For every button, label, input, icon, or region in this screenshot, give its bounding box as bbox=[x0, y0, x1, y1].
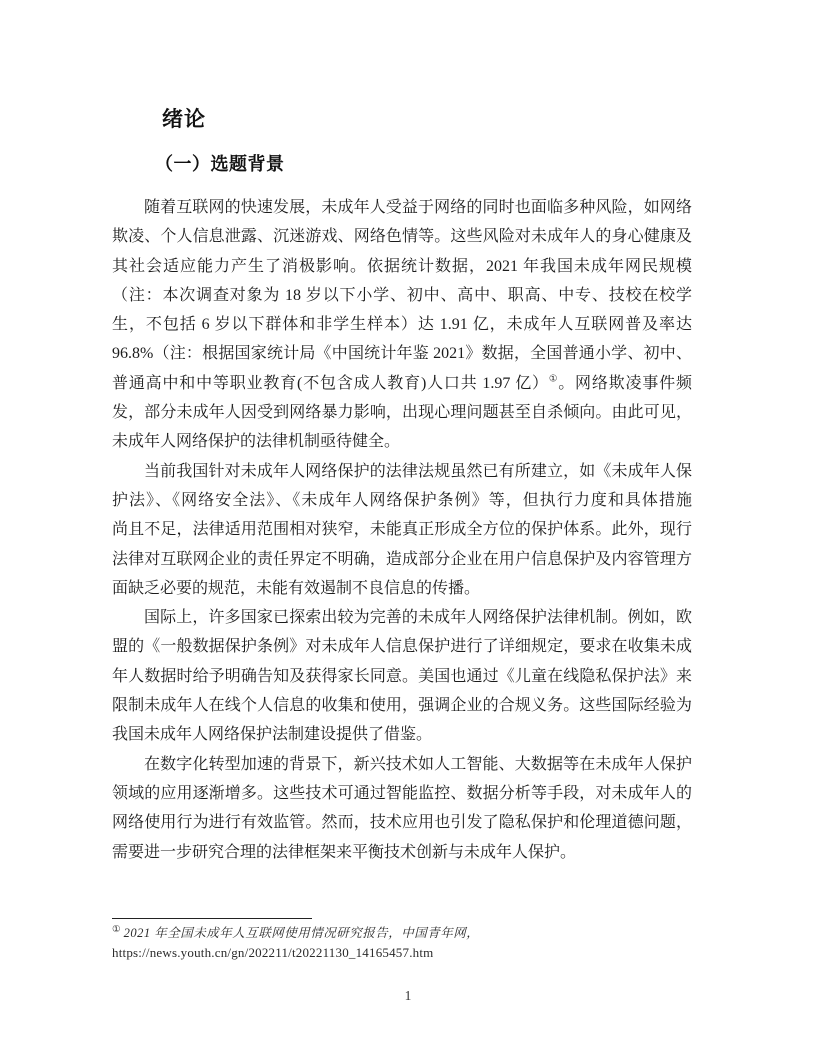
paragraph-1-line: 欺凌、个人信息泄露、沉迷游戏、网络色情等。这些风险对未成年人的身心健康及 bbox=[112, 222, 692, 251]
paragraph-1-line: 未成年人网络保护的法律机制亟待健全。 bbox=[112, 427, 692, 456]
footnote-url: https://news.youth.cn/gn/202211/t2022113… bbox=[112, 943, 692, 962]
paragraph-1-line: （注：本次调查对象为 18 岁以下小学、初中、高中、职高、中专、技校在校学 bbox=[112, 281, 692, 310]
body-text: 随着互联网的快速发展，未成年人受益于网络的同时也面临多种风险，如网络欺凌、个人信… bbox=[112, 193, 692, 867]
paragraph-3-line: 国际上，许多国家已探索出较为完善的未成年人网络保护法律机制。例如，欧 bbox=[112, 603, 692, 632]
paragraph-2-line: 面缺乏必要的规范，未能有效遏制不良信息的传播。 bbox=[112, 574, 692, 603]
footnote-separator bbox=[112, 918, 312, 919]
page-number: 1 bbox=[0, 988, 816, 1004]
paragraph-3-line: 限制未成年人在线个人信息的收集和使用，强调企业的合规义务。这些国际经验为 bbox=[112, 691, 692, 720]
paragraph-2-line: 当前我国针对未成年人网络保护的法律法规虽然已有所建立，如《未成年人保 bbox=[112, 457, 692, 486]
paragraph-1-line: 生，不包括 6 岁以下群体和非学生样本）达 1.91 亿，未成年人互联网普及率达 bbox=[112, 310, 692, 339]
paragraph-4-line: 领域的应用逐渐增多。这些技术可通过智能监控、数据分析等手段，对未成年人的 bbox=[112, 779, 692, 808]
paragraph-1-line: 发，部分未成年人因受到网络暴力影响，出现心理问题甚至自杀倾向。由此可见， bbox=[112, 398, 692, 427]
paragraph-3-line: 盟的《一般数据保护条例》对未成年人信息保护进行了详细规定，要求在收集未成 bbox=[112, 632, 692, 661]
footnote-line: ① 2021 年全国未成年人互联网使用情况研究报告，中国青年网， bbox=[112, 924, 692, 943]
paragraph-2-line: 法律对互联网企业的责任界定不明确，造成部分企业在用户信息保护及内容管理方 bbox=[112, 545, 692, 574]
paragraph-1-line: 96.8%（注：根据国家统计局《中国统计年鉴 2021》数据，全国普通小学、初中… bbox=[112, 339, 692, 368]
paragraph-3-line: 年人数据时给予明确告知及获得家长同意。美国也通过《儿童在线隐私保护法》来 bbox=[112, 662, 692, 691]
paragraph-2-line: 尚且不足，法律适用范围相对狭窄，未能真正形成全方位的保护体系。此外，现行 bbox=[112, 515, 692, 544]
paragraph-2-line: 护法》、《网络安全法》、《未成年人网络保护条例》等，但执行力度和具体措施 bbox=[112, 486, 692, 515]
footnote-marker: ① bbox=[112, 925, 121, 935]
paragraph-4-line: 需要进一步研究合理的法律框架来平衡技术创新与未成年人保护。 bbox=[112, 838, 692, 867]
paragraph-1-line: 随着互联网的快速发展，未成年人受益于网络的同时也面临多种风险，如网络 bbox=[112, 193, 692, 222]
document-page: 绪论 （一）选题背景 随着互联网的快速发展，未成年人受益于网络的同时也面临多种风… bbox=[0, 0, 816, 1056]
paragraph-3-line: 我国未成年人网络保护法制建设提供了借鉴。 bbox=[112, 720, 692, 749]
paragraph-4-line: 网络使用行为进行有效监管。然而，技术应用也引发了隐私保护和伦理道德问题， bbox=[112, 808, 692, 837]
footnote-text: 2021 年全国未成年人互联网使用情况研究报告，中国青年网， bbox=[124, 926, 480, 940]
paragraph-4-line: 在数字化转型加速的背景下，新兴技术如人工智能、大数据等在未成年人保护 bbox=[112, 750, 692, 779]
footnote-reference-marker: ① bbox=[549, 374, 558, 384]
chapter-title: 绪论 bbox=[162, 103, 206, 133]
paragraph-1-line: 普通高中和中等职业教育(不包含成人教育)人口共 1.97 亿）①。网络欺凌事件频 bbox=[112, 369, 692, 398]
paragraph-1-line: 其社会适应能力产生了消极影响。依据统计数据，2021 年我国未成年网民规模 bbox=[112, 252, 692, 281]
section-heading: （一）选题背景 bbox=[155, 150, 285, 176]
footnote: ① 2021 年全国未成年人互联网使用情况研究报告，中国青年网， https:/… bbox=[112, 924, 692, 962]
